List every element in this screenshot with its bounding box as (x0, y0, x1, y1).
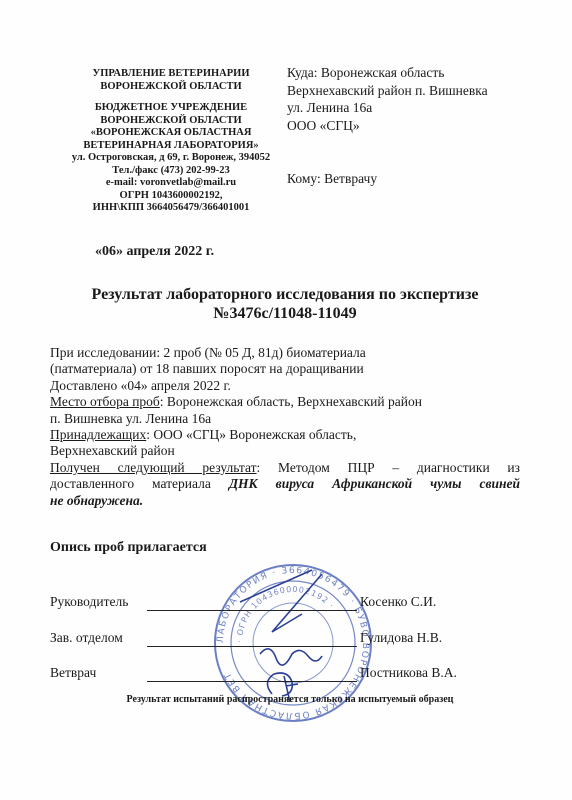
sampling-place-value: : Воронежская область, Верхнехавский рай… (160, 394, 422, 409)
sampling-place-label: Место отбора проб (50, 394, 160, 409)
sender-block: УПРАВЛЕНИЕ ВЕТЕРИНАРИИ ВОРОНЕЖСКОЙ ОБЛАС… (60, 68, 282, 215)
org-line: БЮДЖЕТНОЕ УЧРЕЖДЕНИЕ (60, 102, 282, 115)
sender-address: ул. Остроговская, д 69, г. Воронеж, 3940… (60, 152, 282, 165)
signature-line (147, 681, 357, 682)
recipient-line: ООО «СГЦ» (287, 117, 488, 135)
result-value: : Методом ПЦР – диагностики из (257, 460, 520, 475)
body-line: При исследовании: 2 проб (№ 05 Д, 81д) б… (50, 345, 520, 361)
sampling-place: Место отбора проб: Воронежская область, … (50, 394, 520, 410)
signature-role: Руководитель (50, 594, 128, 610)
sender-email: e-mail: voronvetlab@mail.ru (60, 177, 282, 190)
sampling-place-cont: п. Вишневка ул. Ленина 16а (50, 411, 520, 427)
signature-row: Зав. отделом Гулидова Н.В. (50, 630, 510, 650)
title-line: Результат лабораторного исследования по … (40, 285, 530, 304)
owner-value: : ООО «СГЦ» Воронежская область, (146, 427, 356, 442)
dept-line: УПРАВЛЕНИЕ ВЕТЕРИНАРИИ (60, 68, 282, 81)
owner: Принадлежащих: ООО «СГЦ» Воронежская обл… (50, 427, 520, 443)
owner-cont: Верхнехавский район (50, 443, 520, 459)
org-line: ВЕТЕРИНАРНАЯ ЛАБОРАТОРИЯ» (60, 140, 282, 153)
dept-line: ВОРОНЕЖСКОЙ ОБЛАСТИ (60, 81, 282, 94)
recipient-address: Куда: Воронежская область Верхнехавский … (287, 64, 488, 134)
signature-row: Руководитель Косенко С.И. (50, 594, 510, 614)
result-cont: доставленного материала ДНК вируса Африк… (50, 476, 520, 492)
sender-inn-kpp: ИНН\КПП 3664056479/366401001 (60, 202, 282, 215)
signature-row: Ветврач Постникова В.А. (50, 665, 510, 685)
document-date: «06» апреля 2022 г. (95, 244, 214, 260)
attachment-note: Опись проб прилагается (50, 540, 207, 556)
document-title: Результат лабораторного исследования по … (40, 285, 530, 323)
result-finding: ДНК вируса Африканской чумы свиней (229, 476, 520, 491)
sender-phone: Тел./факс (473) 202-99-23 (60, 165, 282, 178)
body-line: (патматериала) от 18 павших поросят на д… (50, 361, 520, 377)
signature-name: Гулидова Н.В. (360, 630, 442, 646)
result: Получен следующий результат: Методом ПЦР… (50, 460, 520, 476)
body-line: Доставлено «04» апреля 2022 г. (50, 378, 520, 394)
signature-name: Косенко С.И. (360, 594, 436, 610)
sender-ogrn: ОГРН 1043600002192, (60, 190, 282, 203)
signature-role: Зав. отделом (50, 630, 123, 646)
recipient-line: Куда: Воронежская область (287, 64, 488, 82)
org-line: «ВОРОНЕЖСКАЯ ОБЛАСТНАЯ (60, 127, 282, 140)
result-label: Получен следующий результат (50, 460, 257, 475)
org-line: ВОРОНЕЖСКОЙ ОБЛАСТИ (60, 115, 282, 128)
owner-label: Принадлежащих (50, 427, 146, 442)
result-text: доставленного материала (50, 476, 229, 491)
footer-note: Результат испытаний распространяется тол… (40, 694, 540, 705)
signature-line (147, 646, 357, 647)
signature-name: Постникова В.А. (360, 665, 457, 681)
recipient-to: Кому: Ветврачу (287, 171, 377, 187)
signature-role: Ветврач (50, 665, 96, 681)
signature-line (147, 610, 357, 611)
recipient-line: Верхнехавский район п. Вишневка (287, 82, 488, 100)
result-finding-end: не обнаружена. (50, 493, 520, 509)
title-number: №3476с/11048-11049 (40, 304, 530, 323)
document-body: При исследовании: 2 проб (№ 05 Д, 81д) б… (50, 345, 520, 509)
recipient-line: ул. Ленина 16а (287, 99, 488, 117)
